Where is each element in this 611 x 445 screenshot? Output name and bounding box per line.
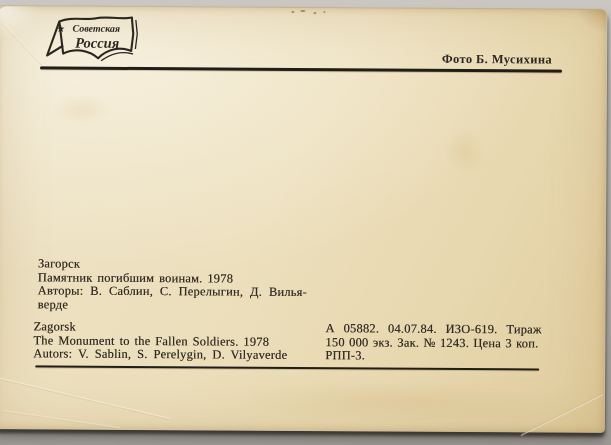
ink-speck [323,11,325,13]
ink-speck [291,11,294,13]
flag-edge-accent [135,20,137,49]
ink-speck [300,10,305,12]
paper-stain [235,380,555,424]
postcard-back: ★ Советская Россия Фото Б. Мусихина Заго… [0,5,607,433]
caption-en-line: Autors: V. Sablin, S. Perelygin, D. Vily… [33,348,287,363]
footer-rule [35,365,539,370]
paper-stain [52,94,112,124]
photo-credit: Фото Б. Мусихина [417,52,552,68]
logo-text-line2: Россия [75,36,119,52]
caption-ru-line: Авторы: В. Саблин, С. Перелыгин, Д. Виль… [38,285,307,300]
colophon-line: РПП-3. [325,349,541,364]
header-rule [40,66,562,72]
paper-crease [1,410,120,429]
publisher-logo-flag-icon: ★ Советская Россия [44,12,140,66]
fold-mark-top-right [566,10,606,40]
paper-stain [444,129,486,175]
flag-bottom-accent [101,52,133,61]
caption-russian: Загорск Памятник погибшим воинам. 1978 А… [38,257,308,313]
ink-speck [313,12,316,14]
logo-text-line1: Советская [72,24,120,35]
caption-english: Zagorsk The Monument to the Fallen Soldi… [33,320,287,362]
caption-ru-line: верде [38,298,307,313]
star-icon: ★ [56,24,65,35]
print-colophon: А 05882. 04.07.84. ИЗО-619. Тираж 150 00… [325,322,541,364]
